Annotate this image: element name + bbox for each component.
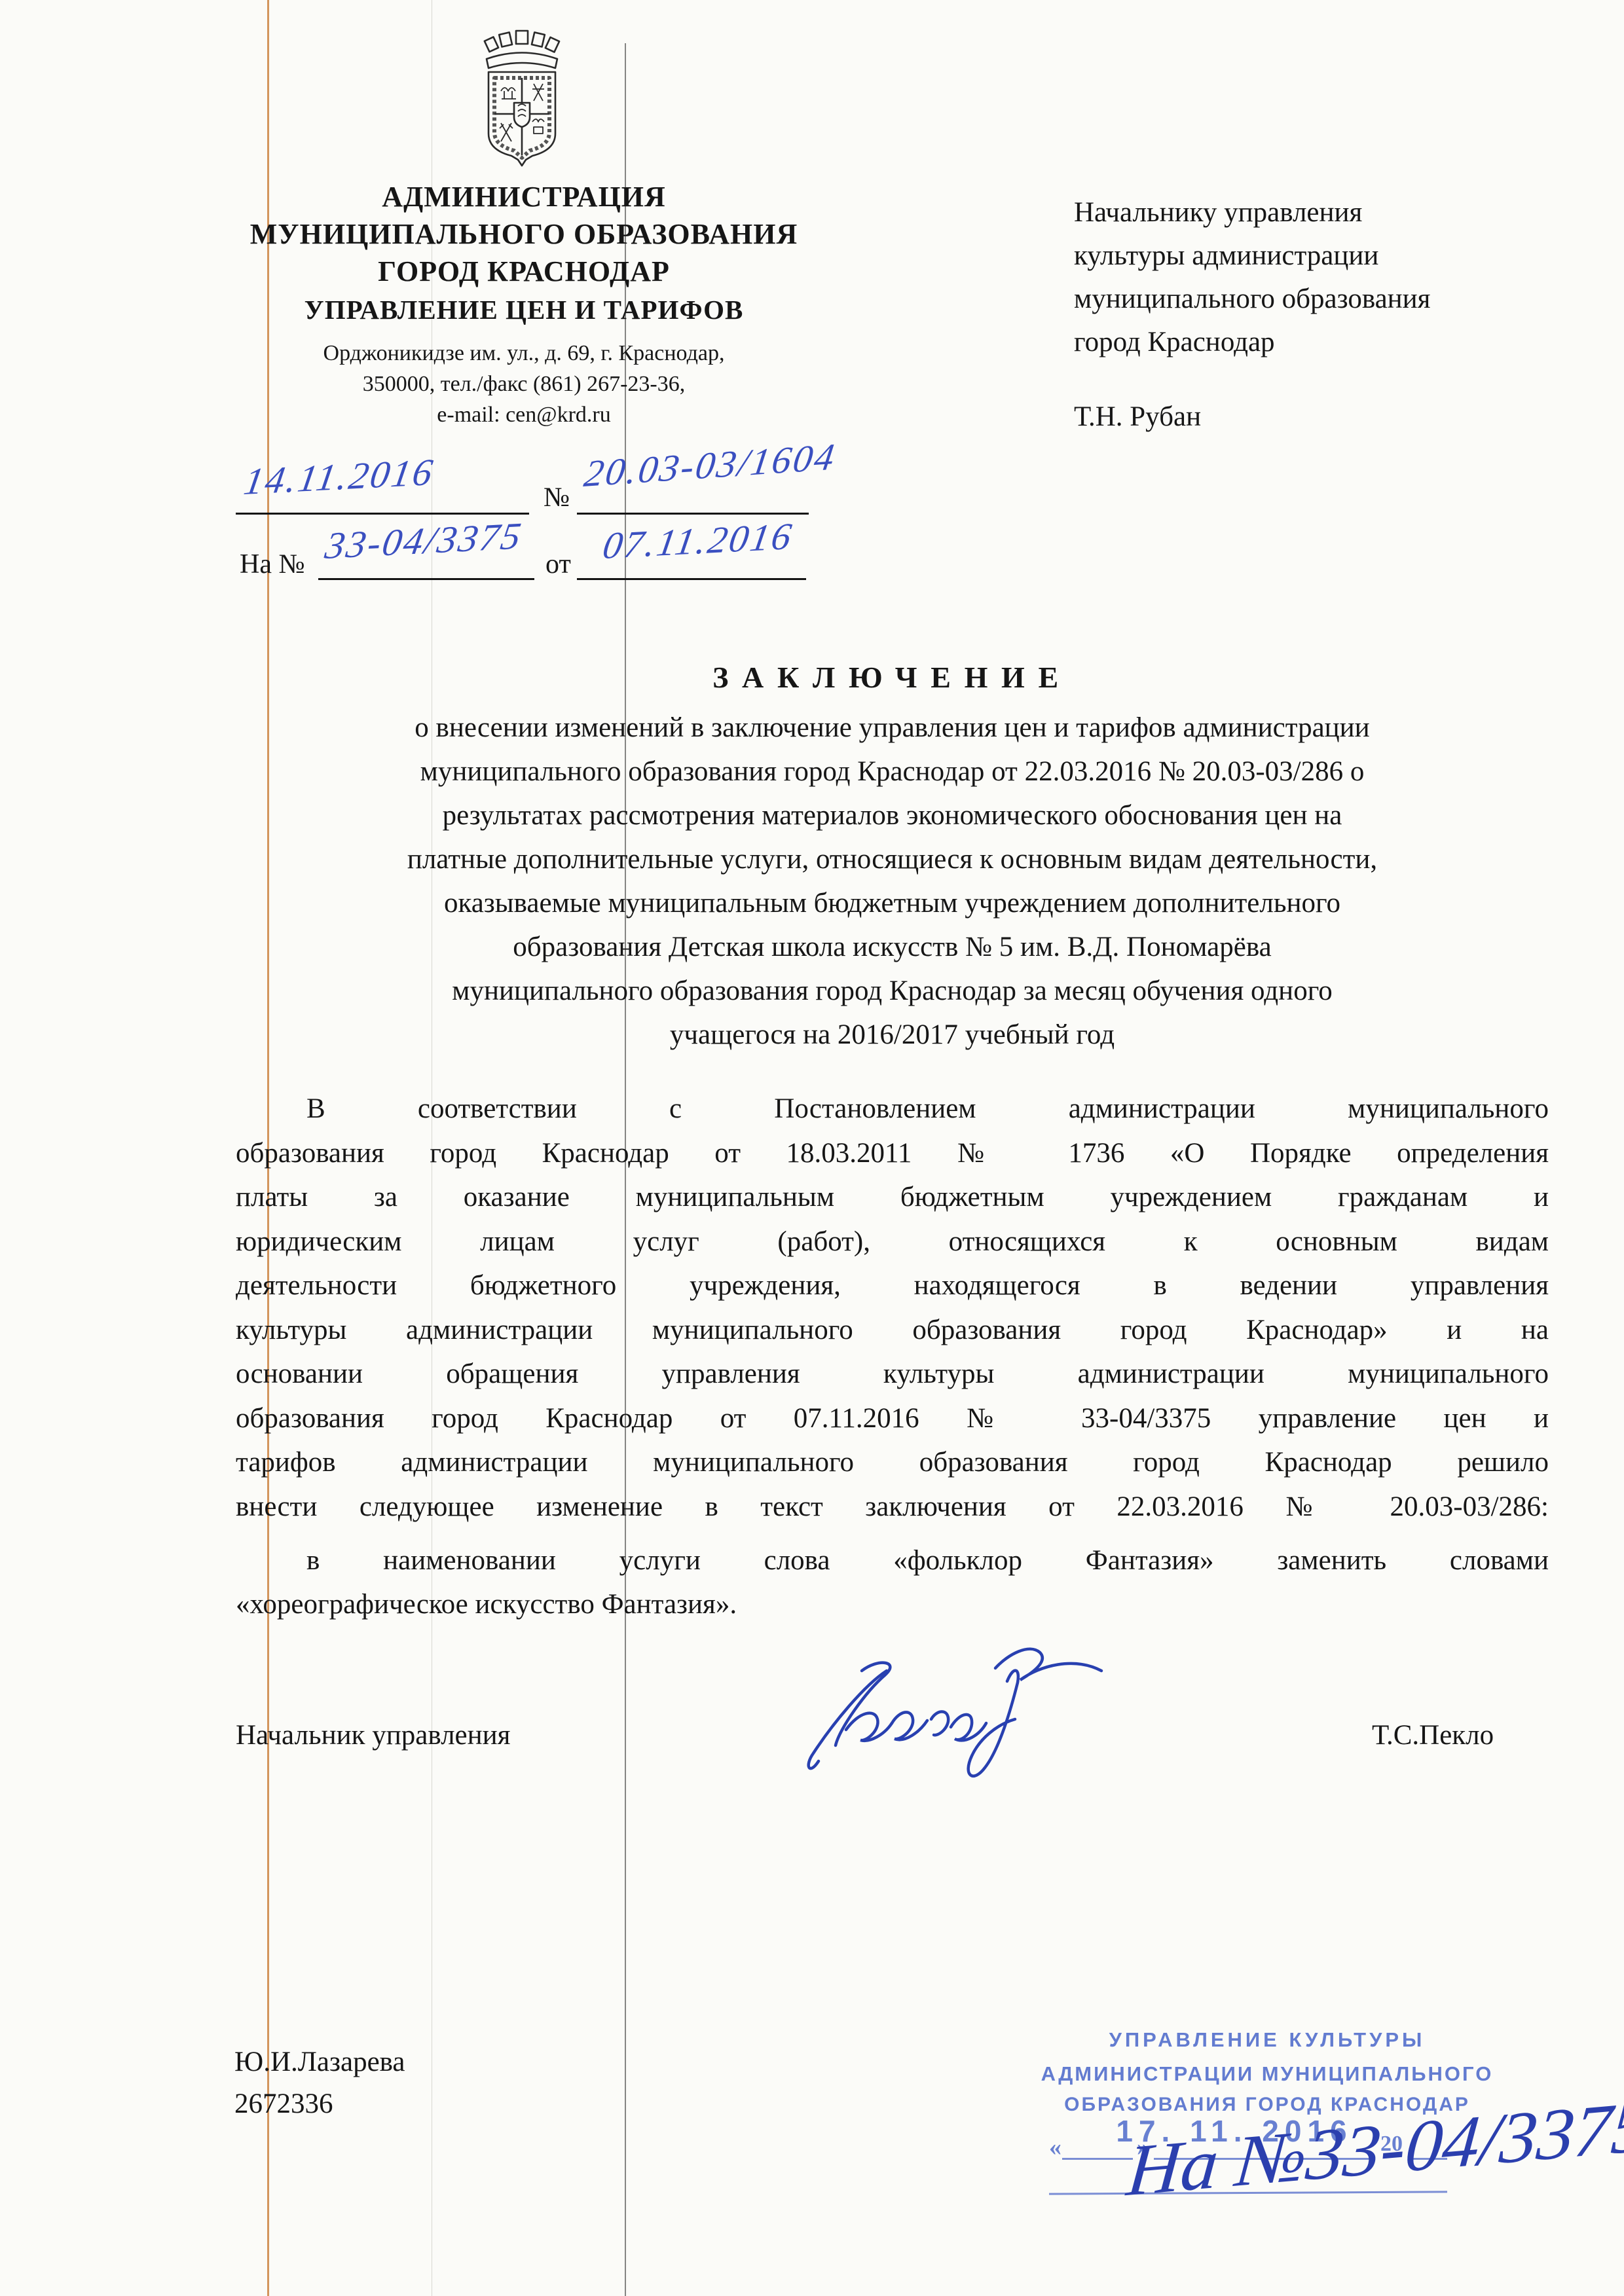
- signer-position: Начальник управления: [236, 1719, 510, 1751]
- from-label: от: [545, 549, 571, 580]
- org-line: АДМИНИСТРАЦИЯ: [213, 178, 835, 215]
- subject-line: результатах рассмотрения материалов экон…: [236, 793, 1549, 837]
- handwritten-reply-number: 33-04/3375: [322, 514, 526, 568]
- handwritten-outgoing-date: 14.11.2016: [241, 450, 437, 503]
- handwritten-reply-date: 07.11.2016: [600, 514, 796, 568]
- recipient-line: Начальнику управления: [1074, 191, 1532, 234]
- org-line: ГОРОД КРАСНОДАР: [213, 253, 835, 290]
- org-line: МУНИЦИПАЛЬНОГО ОБРАЗОВАНИЯ: [213, 215, 835, 253]
- recipient-line: муниципального образования: [1074, 278, 1532, 321]
- body-paragraph-1: В соответствии с Постановлением админист…: [236, 1087, 1549, 1529]
- stamp-quote-open: «: [1049, 2133, 1061, 2162]
- recipient-line: город Краснодар: [1074, 321, 1532, 364]
- address-line: Орджоникидзе им. ул., д. 69, г. Краснода…: [213, 338, 835, 369]
- stamp-line: АДМИНИСТРАЦИИ МУНИЦИПАЛЬНОГО: [1028, 2062, 1506, 2086]
- executor-phone: 2672336: [234, 2083, 405, 2125]
- number-sign-label: №: [544, 482, 570, 513]
- subject-line: оказываемые муниципальным бюджетным учре…: [236, 881, 1549, 925]
- org-line: УПРАВЛЕНИЕ ЦЕН И ТАРИФОВ: [213, 290, 835, 329]
- body-line: тарифов администрации муниципального обр…: [236, 1440, 1549, 1485]
- stamp-line: УПРАВЛЕНИЕ КУЛЬТУРЫ: [1048, 2028, 1486, 2052]
- body-line: деятельности бюджетного учреждения, нахо…: [236, 1264, 1549, 1308]
- letterhead-org-block: АДМИНИСТРАЦИЯ МУНИЦИПАЛЬНОГО ОБРАЗОВАНИЯ…: [213, 178, 835, 329]
- krasnodar-coat-of-arms-icon: [480, 29, 564, 169]
- date-underline: [236, 513, 529, 515]
- body-line: в наименовании услуги слова «фольклор Фа…: [236, 1539, 1549, 1582]
- body-paragraph-2: в наименовании услуги слова «фольклор Фа…: [236, 1539, 1549, 1626]
- address-line: 350000, тел./факс (861) 267-23-36,: [213, 369, 835, 399]
- subject-line: платные дополнительные услуги, относящие…: [236, 837, 1549, 881]
- subject-paragraph: о внесении изменений в заключение управл…: [236, 706, 1549, 1057]
- scanned-letter-page: АДМИНИСТРАЦИЯ МУНИЦИПАЛЬНОГО ОБРАЗОВАНИЯ…: [0, 0, 1624, 2296]
- body-line: образования город Краснодар от 07.11.201…: [236, 1396, 1549, 1441]
- executor-block: Ю.И.Лазарева 2672336: [234, 2041, 405, 2125]
- signature-ink-icon: [799, 1637, 1113, 1846]
- letterhead-address-block: Орджоникидзе им. ул., д. 69, г. Краснода…: [213, 338, 835, 430]
- document-title: ЗАКЛЮЧЕНИЕ: [236, 660, 1549, 695]
- stamp-blank-line: [1062, 2158, 1133, 2160]
- recipient-block: Начальнику управления культуры администр…: [1074, 191, 1532, 364]
- recipient-line: культуры администрации: [1074, 234, 1532, 278]
- subject-line: муниципального образования город Краснод…: [236, 750, 1549, 793]
- number-underline: [577, 513, 809, 515]
- handwritten-outgoing-number: 20.03-03/1604: [581, 435, 839, 496]
- body-line: «хореографическое искусство Фантазия».: [236, 1582, 1549, 1626]
- body-line: образования город Краснодар от 18.03.201…: [236, 1131, 1549, 1176]
- recipient-name: Т.Н. Рубан: [1074, 401, 1532, 433]
- subject-line: учащегося на 2016/2017 учебный год: [236, 1013, 1549, 1057]
- subject-line: о внесении изменений в заключение управл…: [236, 706, 1549, 750]
- executor-name: Ю.И.Лазарева: [234, 2041, 405, 2083]
- body-line: платы за оказание муниципальным бюджетны…: [236, 1175, 1549, 1220]
- body-line: основании обращения управления культуры …: [236, 1352, 1549, 1396]
- address-line: e-mail: cen@krd.ru: [213, 399, 835, 430]
- subject-line: муниципального образования город Краснод…: [236, 969, 1549, 1013]
- from-date-underline: [577, 578, 806, 580]
- body-line: культуры администрации муниципального об…: [236, 1308, 1549, 1353]
- reply-underline: [318, 578, 534, 580]
- reply-to-label: На №: [240, 549, 305, 580]
- body-line: В соответствии с Постановлением админист…: [236, 1087, 1549, 1131]
- body-line: юридическим лицам услуг (работ), относящ…: [236, 1220, 1549, 1264]
- subject-line: образования Детская школа искусств № 5 и…: [236, 925, 1549, 969]
- signer-name: Т.С.Пекло: [1372, 1719, 1555, 1751]
- body-line: внести следующее изменение в текст заклю…: [236, 1485, 1549, 1529]
